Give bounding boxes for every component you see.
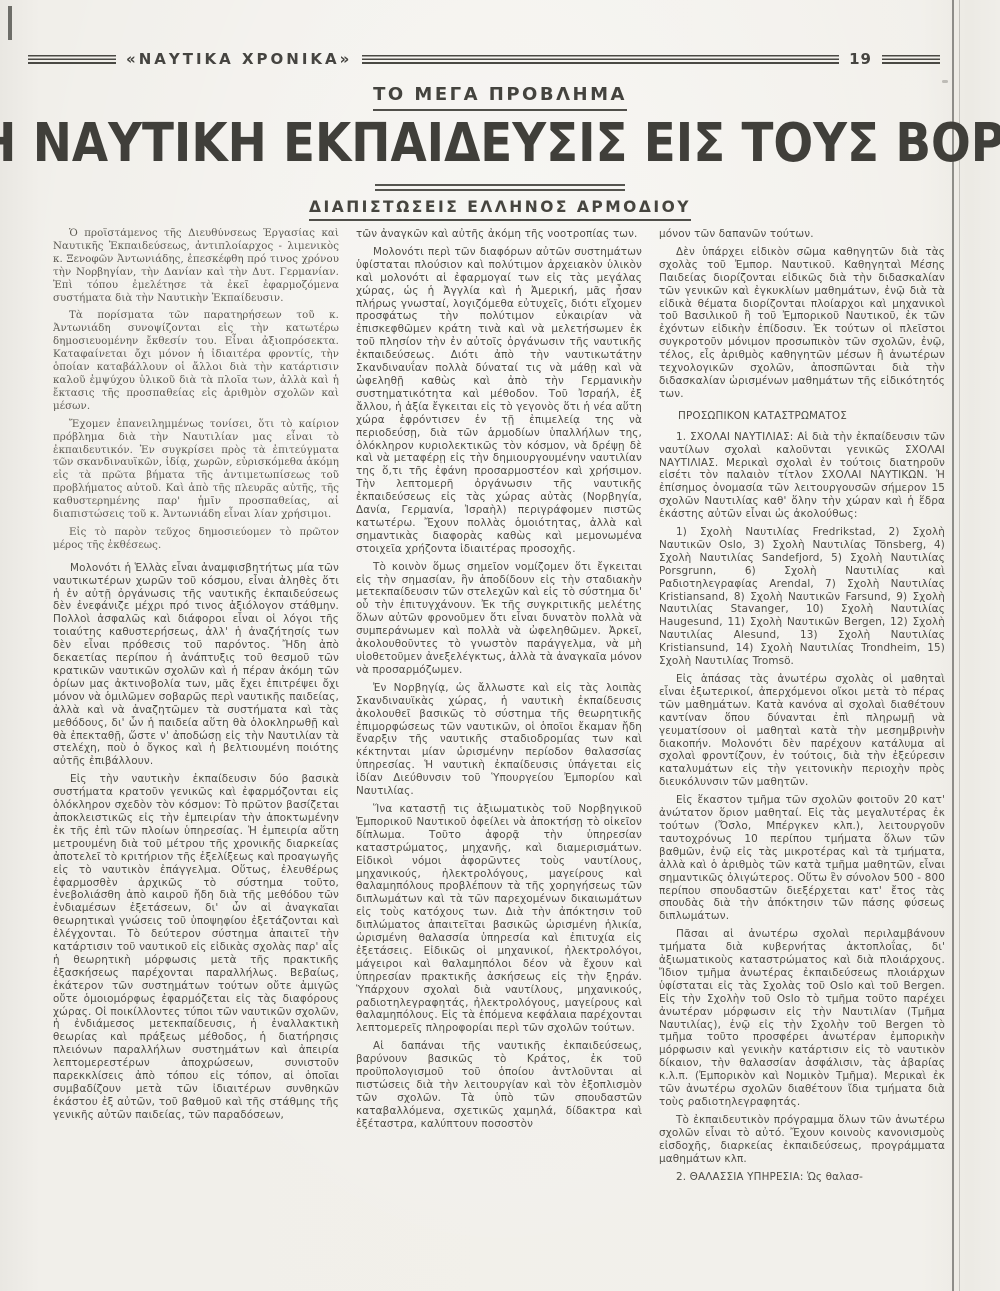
body-paragraph: Μολονότι ἡ Ἑλλὰς εἶναι ἀναμφισβητήτως μί… — [53, 562, 339, 769]
report-body-col3: μόνον τῶν δαπανῶν τούτων. Δὲν ὑπάρχει εἰ… — [659, 228, 945, 1183]
body-paragraph: Μολονότι περὶ τῶν διαφόρων αὐτῶν συστημά… — [356, 246, 642, 556]
article-columns: Ὁ προϊστάμενος τῆς Διευθύνσεως Ἐργασίας … — [53, 228, 946, 1268]
intro-paragraph: Εἰς τὸ παρὸν τεῦχος δημοσιεύομεν τὸ πρῶτ… — [53, 527, 339, 553]
body-paragraph: Ἵνα καταστῇ τις ἀξιωματικὸς τοῦ Νορβηγικ… — [356, 803, 642, 1035]
body-paragraph-sea-service: 2. ΘΑΛΑΣΣΙΑ ΥΠΗΡΕΣΙΑ: Ὡς θαλασ- — [659, 1171, 945, 1184]
body-paragraph: Πᾶσαι αἱ ἀνωτέρω σχολαὶ περιλαμβάνουν τμ… — [659, 928, 945, 1109]
scan-smudge — [942, 80, 948, 83]
scan-artifact-left — [8, 6, 12, 40]
body-paragraph: Εἰς ἁπάσας τὰς ἀνωτέρω σχολὰς οἱ μαθηταὶ… — [659, 673, 945, 789]
body-paragraph: Εἰς ἕκαστον τμῆμα τῶν σχολῶν φοιτοῦν 20 … — [659, 794, 945, 923]
report-body-col2: τῶν ἀναγκῶν καὶ αὐτῆς ἀκόμη τῆς νοοτροπί… — [356, 228, 642, 1131]
section-heading-deck-personnel: ΠΡΟΣΩΠΙΚΟΝ ΚΑΤΑΣΤΡΩΜΑΤΟΣ — [661, 410, 945, 423]
editor-intro: Ὁ προϊστάμενος τῆς Διευθύνσεως Ἐργασίας … — [53, 228, 339, 553]
body-paragraph: Εἰς τὴν ναυτικὴν ἐκπαίδευσιν δύο βασικὰ … — [53, 773, 339, 1121]
body-paragraph-continuation: μόνον τῶν δαπανῶν τούτων. — [659, 228, 945, 241]
body-paragraph: Ἐν Νορβηγίᾳ, ὡς ἄλλωστε καὶ εἰς τὰς λοιπ… — [356, 682, 642, 798]
body-paragraph: Τὸ κοινὸν ὅμως σημεῖον νομίζομεν ὅτι ἔγκ… — [356, 561, 642, 677]
body-paragraph: Αἱ δαπάναι τῆς ναυτικῆς ἐκπαιδεύσεως, βα… — [356, 1040, 642, 1130]
body-paragraph-school-list: 1) Σχολὴ Ναυτιλίας Fredrikstad, 2) Σχολὴ… — [659, 526, 945, 668]
header-rule-right — [882, 55, 940, 64]
article-headline: Η ΝΑΥΤΙΚΗ ΕΚΠΑΙΔΕΥΣΙΣ ΕΙΣ ΤΟΥΣ ΒΟΡΕΙΟΥΣ — [0, 111, 1000, 174]
intro-paragraph: Τὰ πορίσματα τῶν παρατηρήσεων τοῦ κ. Ἀντ… — [53, 310, 339, 413]
header-rule-left — [28, 55, 116, 64]
column-1: Ὁ προϊστάμενος τῆς Διευθύνσεως Ἐργασίας … — [53, 228, 339, 1268]
article-subhead: ΔΙΑΠΙΣΤΩΣΕΙΣ ΕΛΛΗΝΟΣ ΑΡΜΟΔΙΟΥ — [309, 198, 691, 221]
column-2: τῶν ἀναγκῶν καὶ αὐτῆς ἀκόμη τῆς νοοτροπί… — [356, 228, 642, 1268]
body-paragraph: Δὲν ὑπάρχει εἰδικὸν σῶμα καθηγητῶν διὰ τ… — [659, 246, 945, 401]
intro-paragraph: Ἔχομεν ἐπανειλημμένως τονίσει, ὅτι τὸ κα… — [53, 419, 339, 522]
report-body-col1: Μολονότι ἡ Ἑλλὰς εἶναι ἀναμφισβητήτως μί… — [53, 562, 339, 1122]
page-number: 19 — [849, 50, 872, 68]
scanned-magazine-page: «ΝΑΥΤΙΚΑ ΧΡΟΝΙΚΑ» 19 ΤΟ ΜΕΓΑ ΠΡΟΒΛΗΜΑ Η … — [0, 0, 1000, 1291]
scan-border-line-faint — [959, 0, 960, 1291]
body-paragraph: Τὸ ἐκπαιδευτικὸν πρόγραμμα ὅλων τῶν ἀνωτ… — [659, 1114, 945, 1166]
column-3: μόνον τῶν δαπανῶν τούτων. Δὲν ὑπάρχει εἰ… — [659, 228, 945, 1268]
body-paragraph-continuation: τῶν ἀναγκῶν καὶ αὐτῆς ἀκόμη τῆς νοοτροπί… — [356, 228, 642, 241]
page-header: «ΝΑΥΤΙΚΑ ΧΡΟΝΙΚΑ» 19 — [28, 50, 940, 68]
intro-paragraph: Ὁ προϊστάμενος τῆς Διευθύνσεως Ἐργασίας … — [53, 228, 339, 305]
header-rule-middle — [362, 55, 839, 64]
scan-border-line — [952, 0, 954, 1291]
body-paragraph-schools-of-navigation: 1. ΣΧΟΛΑΙ ΝΑΥΤΙΛΙΑΣ: Αἱ διὰ τὴν ἐκπαίδευ… — [659, 431, 945, 521]
headline-separator-rule — [375, 184, 625, 191]
masthead-title: «ΝΑΥΤΙΚΑ ΧΡΟΝΙΚΑ» — [126, 50, 352, 68]
article-kicker: ΤΟ ΜΕΓΑ ΠΡΟΒΛΗΜΑ — [373, 84, 627, 111]
